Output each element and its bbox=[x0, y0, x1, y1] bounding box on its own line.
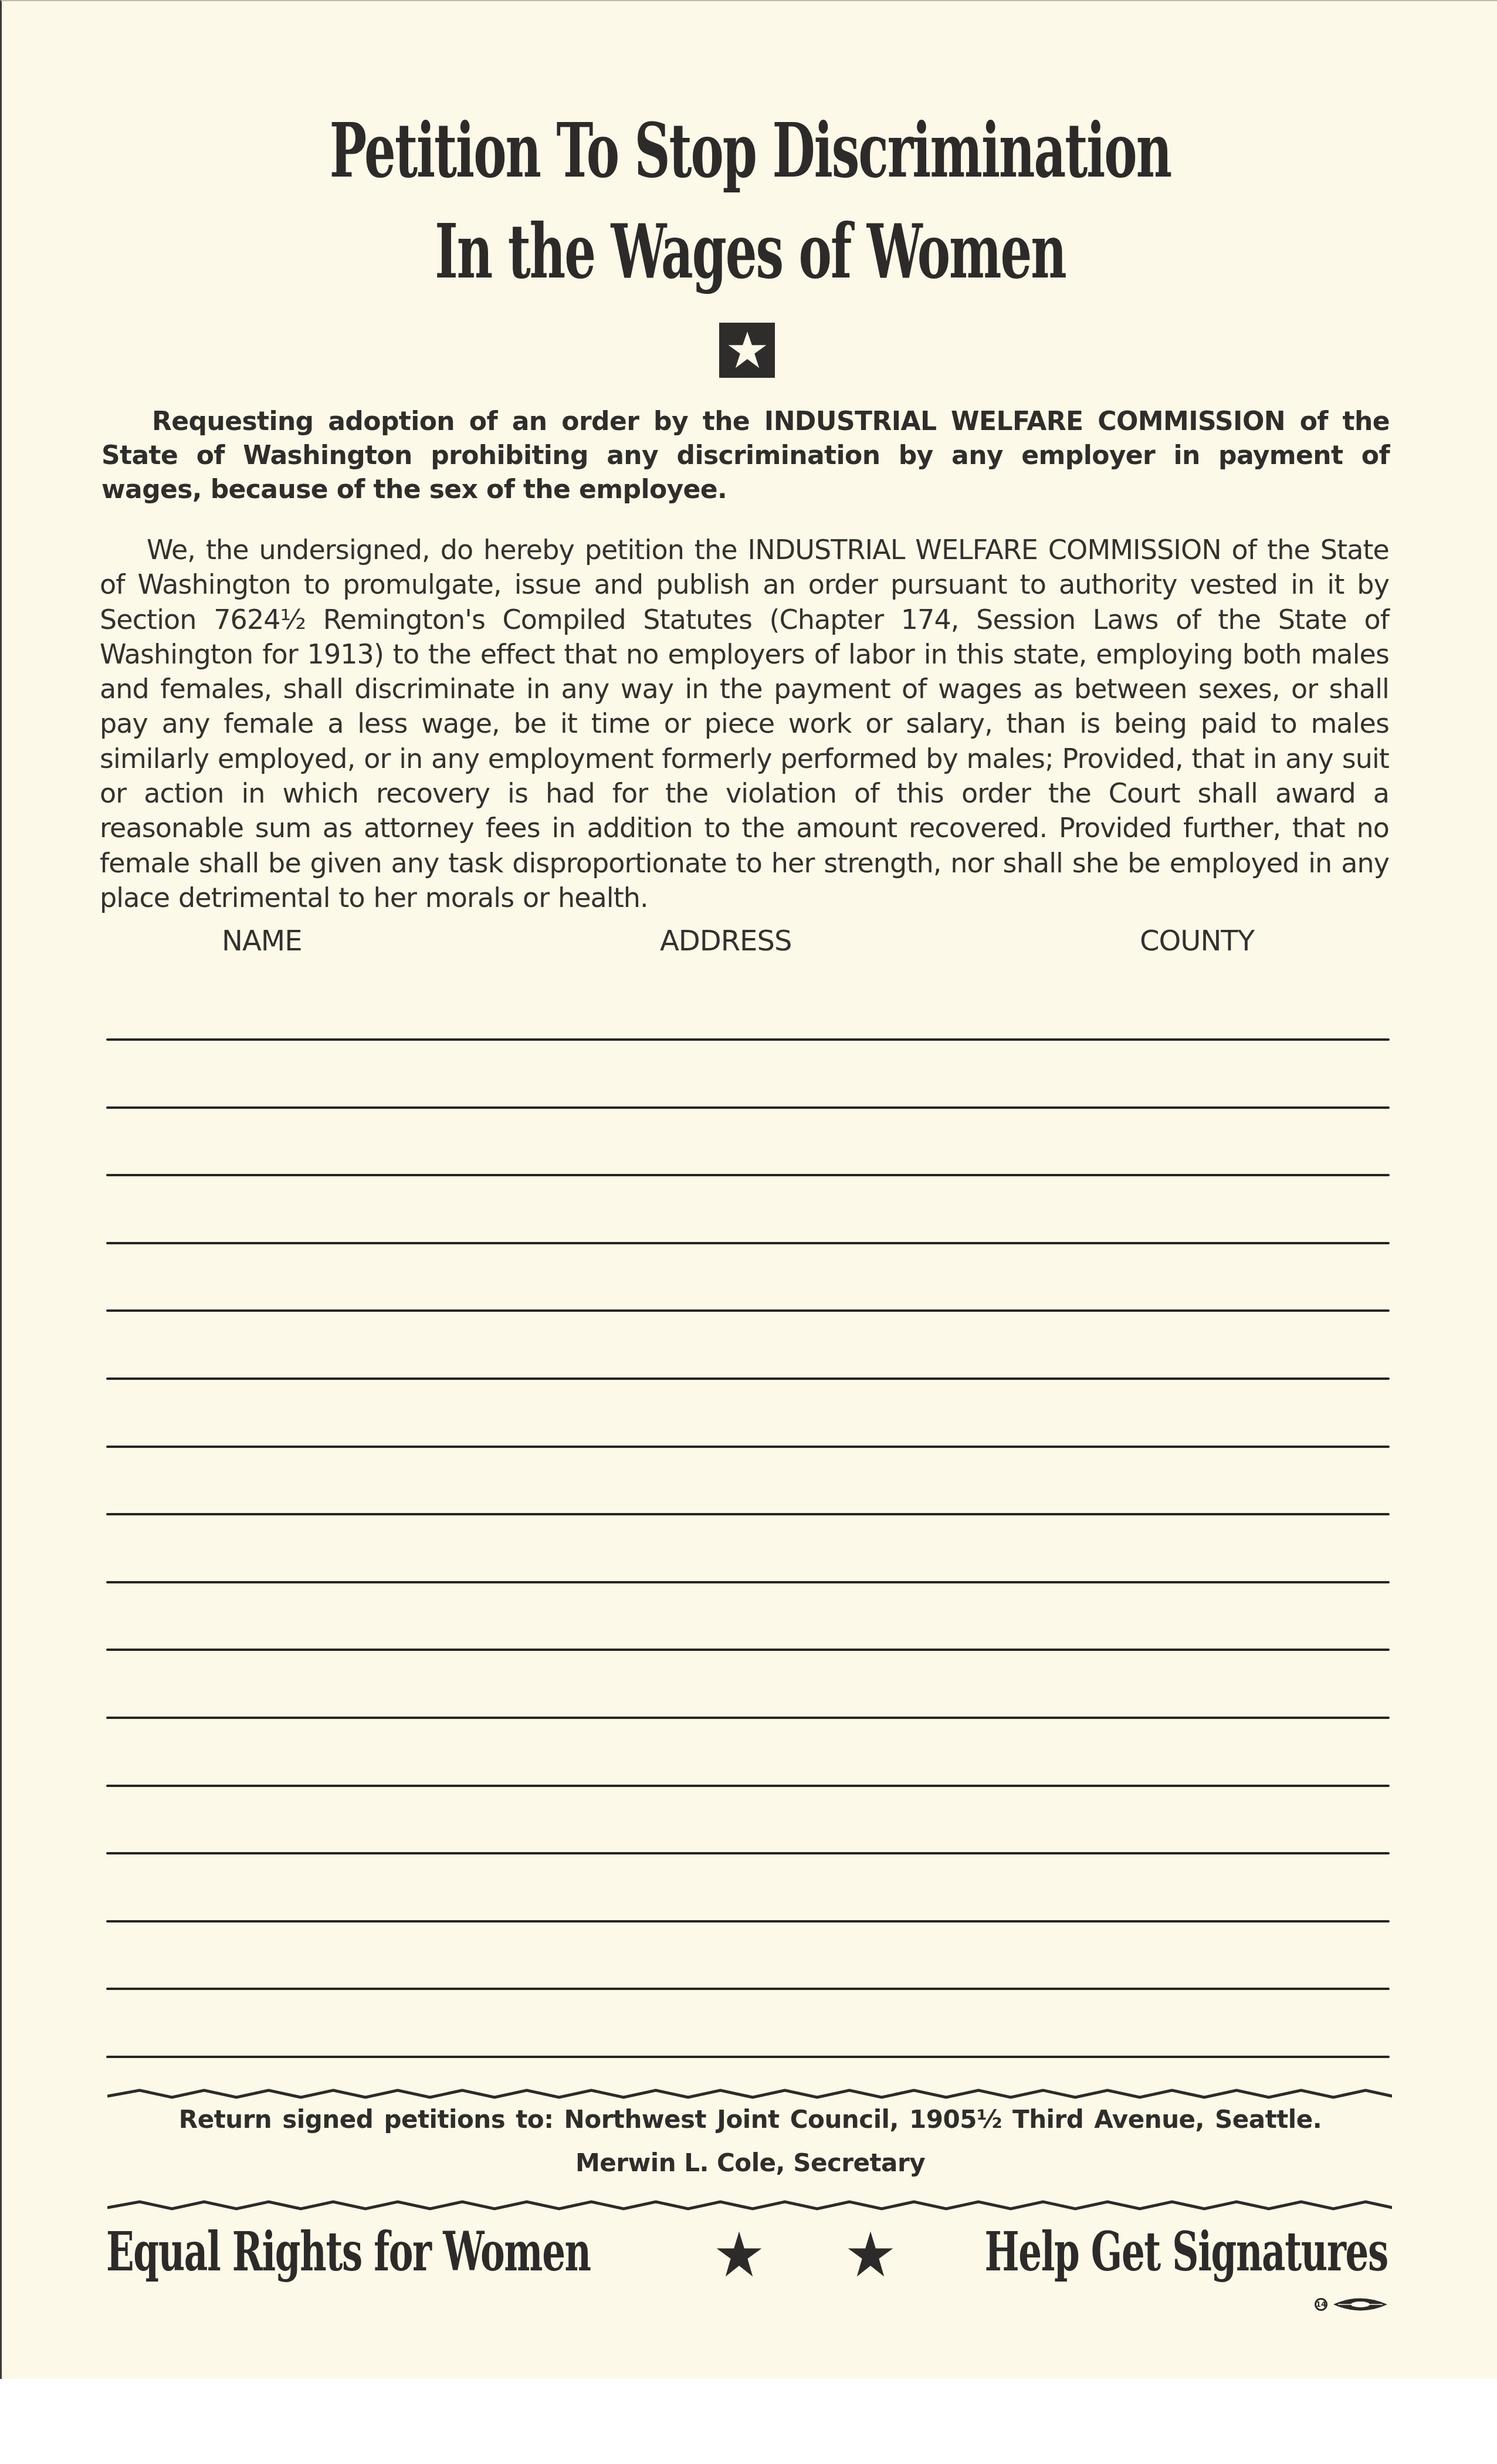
union-label: 14 bbox=[1315, 2296, 1388, 2313]
petition-paper: Petition To Stop Discrimination In the W… bbox=[0, 0, 1497, 2379]
signature-line[interactable] bbox=[106, 1242, 1390, 1244]
signature-line[interactable] bbox=[106, 1785, 1390, 1787]
union-label-number: 14 bbox=[1315, 2298, 1327, 2311]
star-icon bbox=[716, 2231, 763, 2277]
wavy-divider bbox=[107, 2086, 1392, 2103]
signature-line[interactable] bbox=[106, 1988, 1390, 1990]
secretary-name: Merwin L. Cole, Secretary bbox=[2, 2148, 1497, 2177]
signature-line[interactable] bbox=[106, 1106, 1390, 1109]
signature-line[interactable] bbox=[106, 1920, 1390, 1923]
signature-line[interactable] bbox=[106, 1174, 1390, 1176]
signature-line[interactable] bbox=[106, 1377, 1390, 1380]
slogan-help-signatures: Help Get Signatures bbox=[985, 2220, 1388, 2283]
union-bug-icon bbox=[1332, 2296, 1388, 2313]
star-icon bbox=[847, 2231, 894, 2277]
signature-line[interactable] bbox=[106, 1852, 1390, 1854]
signature-line[interactable] bbox=[106, 1038, 1390, 1041]
signature-line[interactable] bbox=[106, 1649, 1390, 1651]
signature-line[interactable] bbox=[106, 2056, 1390, 2058]
wavy-divider bbox=[107, 2197, 1392, 2215]
signature-line[interactable] bbox=[106, 1581, 1390, 1583]
signature-line[interactable] bbox=[106, 1446, 1390, 1448]
signature-line[interactable] bbox=[106, 1513, 1390, 1515]
signature-line[interactable] bbox=[106, 1309, 1390, 1312]
signature-lines bbox=[106, 1, 1390, 2380]
slogan-equal-rights: Equal Rights for Women bbox=[106, 2220, 591, 2283]
return-instructions: Return signed petitions to: Northwest Jo… bbox=[2, 2105, 1497, 2134]
signature-line[interactable] bbox=[106, 1717, 1390, 1719]
